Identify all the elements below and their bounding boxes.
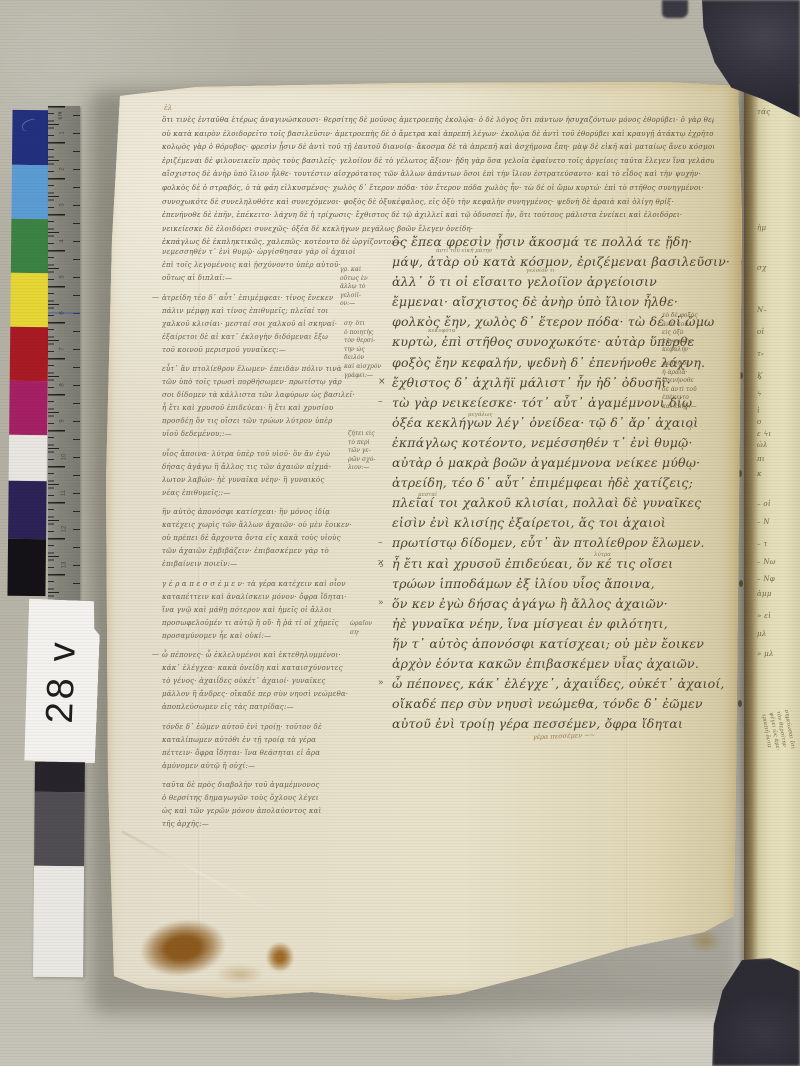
intercolumn-note: ση· ὅτιὁ ποιητὴςτὸν θερσί-την ὡςδειλὸνκα… [344,320,402,380]
scholia-line: ἀμύνομεν αὐτῷ ἢ οὐχί:— [162,760,408,773]
note-line: ρῶν σχό- [348,456,406,465]
top-scholia-block: ὅτι τινὲς ἐνταῦθα ἑτέρως ἀναγινώσκουσι· … [162,114,718,250]
verse-line: οἴκαδέ περ σὺν νηυσὶ νεώμεθα, τόνδε δ᾽ ἐ… [392,694,732,714]
facing-text-fragment: οἱ [757,328,765,336]
ruler-ticks-small [48,106,54,600]
scholia-line: σοι δίδομεν τὰ κάλλιστα τῶν λαφύρων ὡς β… [162,389,408,402]
facing-text-fragment: πι [757,455,765,463]
verse-margin-mark: × [378,377,386,387]
verse-line: ἀλλ᾽ ὅ τι οἱ εἴσαιτο γελοίϊον ἀργείοισιν [392,272,732,292]
scholia-line: γ έ ρ α π ε σ σ έ μ ε ν· τὰ γέρα κατέχει… [162,578,408,591]
scholia-line: οὐ πρέπει δὲ ἄρχοντα ὄντα εἰς κακὰ τοὺς … [162,532,408,545]
ruler-number: 9 [60,419,66,422]
color-patch-violet [8,481,47,539]
note-line: την ὡς [344,346,402,355]
verse-line: ἀρχὸν ἐόντα κακῶν ἐπιβασκέμεν υἷας ἀχαιῶ… [392,654,732,674]
facing-text-fragment: μλ [757,630,767,638]
parchment-crease [121,830,273,912]
grayscale-calibration-bar [33,762,85,977]
facing-text-fragment: κ [757,470,762,478]
scholia-line: ἣν αὐτὸς ἀπονόσφι κατίσχεαι· ἣν μόνος ἰδ… [162,506,408,519]
note-line: ἡ ἀραιά· [662,369,734,378]
paragraph-mark: — [152,650,159,658]
scholia-line: τῶν ἀχαιῶν ἐμβιβάζειν· ἐπιβασκέμεν γὰρ τ… [162,545,408,558]
scholia-paragraph: ταῦτα δὲ πρὸς διαβολὴν τοῦ ἀγαμέμνονοςὁ … [162,779,408,831]
verse-line: ἔμμεναι· αἴσχιστος δὲ ἀνὴρ ὑπὸ ἴλιον ἦλθ… [392,292,732,312]
facing-text-fragment: τάς [757,108,770,116]
ruler-number: 12 [61,526,67,533]
patch-scratch [20,118,37,132]
ruler-number: 11 [61,490,67,496]
color-patch-green [11,219,50,273]
verse-line: πλεῖαί τοι χαλκοῦ κλισίαι, πολλαὶ δὲ γυν… [392,493,732,513]
interlinear-gloss: γελοῖόν τι [526,268,555,274]
color-patch-dark-blue [12,110,51,165]
scholia-line: κατέχεις χωρὶς τῶν ἄλλων ἀχαιῶν· οὐ μὲν … [162,519,408,532]
note-line: λιον:— [348,464,406,473]
color-calibration-bar [7,110,50,596]
quire-mark: ἑλ [164,104,172,112]
scholia-line: ἐριζέμεναι δὲ φιλονεικεῖν πρὸς τοὺς βασι… [162,155,714,169]
facing-text-fragment: – Ν [757,518,770,526]
note-line: ψεδνὴ δὲ [662,360,734,369]
note-line: γρ. καὶ [340,266,398,275]
scholia-line: κάκ᾽ ἐλέγχεα· κακὰ ὀνείδη καὶ καταισχύνο… [162,662,408,675]
scholia-line: ὡς καὶ τῶν γερῶν μόνου ἀπολαύοντος καὶ [162,805,408,818]
scholia-paragraph: ἣν αὐτὸς ἀπονόσφι κατίσχεαι· ἣν μόνος ἰδ… [162,506,408,571]
scholia-paragraph: τόνδε δ᾽ ἐῶμεν αὐτοῦ ἐνὶ τροίῃ· τοῦτον δ… [162,721,408,773]
intercolumn-note: ζήτει εἰςτὸ περὶτῶν γε-ρῶν σχό-λιον:— [348,430,406,473]
note-line: κεφαλήν· [662,346,734,355]
scholia-line: καταλίπωμεν αὐτόθι ἐν τῇ τροίᾳ τὰ γέρα [162,734,408,747]
ruler-number: 7 [60,347,66,350]
ruler-number: 4 [60,239,66,242]
gray-patch-gray [34,792,85,866]
scholia-line: νεμεσσηθέν τ᾽ ἐνὶ θυμῷ· ὠργίσθησαν γὰρ ο… [162,246,408,259]
facing-text-fragment: – οἰ [757,500,771,508]
facing-text-fragment: ἰ [757,407,760,415]
facing-text-fragment: Ϗ [757,372,763,380]
note-line: δὲ ἀντὶ τοῦ [662,386,734,395]
note-line: ὁ ποιητὴς [344,329,402,338]
ruler-number: 1 [60,131,66,134]
note-line: καὶ αἰσχρὸν [344,363,402,372]
scholia-line: μᾶλλον ἢ ἄνδρες· οἴκαδέ περ σὺν νηυσὶ νε… [162,688,408,701]
scholia-line: ἐπιβαίνειν ποιεῖν:— [162,558,408,571]
color-patch-black [7,539,46,596]
verse-line: ἐκπάγλως κοτέοντο, νεμέσσηθέν τ᾽ ἐνὶ θυμ… [392,433,732,453]
parchment-stain [216,964,264,984]
color-patch-red [10,327,49,381]
note-line: καὶ ἐπῆν:— [662,403,734,412]
facing-text-fragment: » εἰ [757,612,771,620]
verse-line: τρώων ἱπποδάμων ἐξ ἰλίου υἷος ἄποινα, [392,574,732,594]
verse-line: πρωτίστῳ δίδομεν, εὖτ᾽ ἂν πτολίεθρον ἕλω… [392,533,732,553]
folio-label: 28 v [23,599,101,764]
verse-line: ἀτρείδη, τέο δ᾽ αὖτ᾽ ἐπιμέμφεαι ἠδὲ χατί… [392,473,732,493]
ruler-number: 8 [60,383,66,386]
ruler-unit-label: cm [57,111,63,120]
note-line: ὡραῖον [350,620,408,629]
facing-text-fragment: – Νω [757,558,776,566]
verse-margin-mark: » [378,598,384,608]
note-line: ον:— [340,300,398,309]
verse-line: μάψ, ἀτὰρ οὐ κατὰ κόσμον, ἐριζέμεναι βασ… [392,252,732,272]
ruler-number: 6 [60,311,66,314]
color-patch-light-blue [11,165,50,219]
ruler: cm 12345678910111213 [48,106,80,600]
ruler-number: 13 [61,562,67,569]
note-line: εἰς ὀξὺ [662,329,734,338]
note-line: γράφει:— [344,372,402,381]
scholia-line: αἴσχιστος δὲ ἀνὴρ ὑπὸ ἴλιον ἦλθε· τουτέσ… [162,168,714,182]
scholia-line: ἦ ἔτι καὶ χρυσοῦ ἐπιδεύεαι· ἢ ἔτι καὶ χρ… [162,402,408,415]
gutter-sewing-dot [739,580,743,587]
verse-line: ἥν τ᾽ αὐτὸς ἀπονόσφι κατίσχεαι; οὐ μὲν ἔ… [392,634,732,654]
facing-text-fragment: Ν– [757,306,767,314]
note-line: ἐπενήνοθε [662,377,734,386]
note-line: τῶν γε- [348,447,406,456]
color-patch-magenta [9,381,48,435]
facing-text-fragment: ἀμμ [757,590,772,598]
scholia-line: κολῳὸς γὰρ ὁ θόρυβος· φρεσὶν ᾗσιν δὲ ἀντ… [162,141,714,155]
scholia-line: ἐπενήνοθε δὲ ἐπῆν, ἐπέκειτο· λάχνη δὲ ἡ … [162,209,714,223]
verse-margin-mark: ϗ [378,558,384,568]
scholia-line: τῆς ἀρχῆς:— [162,818,408,831]
note-line: ἐπέκειτο [662,394,734,403]
ruler-number: 3 [60,203,66,206]
folio-number: 28 v [39,638,85,723]
interlinear-gloss: μεσταί [418,492,437,498]
right-margin-note: ψεδνὴ δὲἡ ἀραιά·ἐπενήνοθεδὲ ἀντὶ τοῦἐπέκ… [662,360,734,412]
facing-text-fragment: ὡλ [757,441,768,449]
scholia-line: οὐ κατὰ καιρὸν ἐλοιδορεῖτο τοῖς βασιλεῦσ… [162,128,714,142]
gutter-sewing-dot [738,700,742,707]
gray-patch-white [33,866,84,977]
facing-page-edge: τάςἡμσχΝ–οἱτ⸗Ϗϟἰοε ϟιὡλπικ– οἰ– Ν– τ– Νω… [744,84,800,985]
scholia-line: συνοχωκότε δὲ συνεληλυθότε καὶ συνεχόμεν… [162,196,714,210]
verse-line: ὅν κεν ἐγὼ δήσας ἀγάγω ἢ ἄλλος ἀχαιῶν· [392,594,732,614]
parchment-stain [266,942,294,972]
interlinear-gloss: κεκυφότα [428,328,455,334]
note-line: ἀντὶ τοῦ [662,321,734,330]
scholia-line: ἀποπλεύσωμεν εἰς τὰς πατρίδας:— [162,701,408,714]
interlinear-gloss: λύτρα [594,552,611,558]
facing-text-fragment: ο [757,418,762,426]
background-cloth-tab [662,0,688,18]
paragraph-mark: — [152,293,159,301]
note-line: ση· [350,629,408,638]
main-text-iliad: ὃς ἔπεα φρεσὶν ᾗσιν ἄκοσμά τε πολλά τε ᾔ… [392,232,732,734]
note-line: δειλὸν [344,354,402,363]
note-line: ζήτει εἰς [348,430,406,439]
interlinear-gloss: μεγάλως [468,412,493,418]
facing-text-fragment: – τ [757,540,768,548]
scholia-line: προσδέῃ ὅν τις οἴσει τῶν τρώων λύτρον ὑπ… [162,415,408,428]
verse-line: ὀξέα κεκλήγων λέγ᾽ ὀνείδεα· τῷ δ᾽ ἄρ᾽ ἀχ… [392,413,732,433]
color-patch-white [9,435,47,481]
ruler-number: 10 [61,454,67,461]
gray-patch-black [35,762,85,792]
note-line: τὸ δὲ φοξὸς [662,312,734,321]
ruler-number: 2 [60,167,66,170]
scholia-line: πέττειν· ὄφρα ἴδηται· ἵνα θεάσηται εἰ ἄρ… [162,747,408,760]
note-line: γελοίϊ- [340,292,398,301]
verse-margin-mark: » [378,678,384,688]
interlinear-gloss: ἀντὶ τοῦ εἰκῆ μάτην [436,248,492,254]
facing-text-fragment: ϟ [757,390,762,398]
photo-canvas: { "photo": { "shelfmark_label": "28 v", … [0,0,800,1066]
intercolumn-note: ὡραῖονση· [350,620,408,637]
manuscript-leaf-28v: ἑλ ὅτι τινὲς ἐνταῦθα ἑτέρως ἀναγινώσκουσ… [106,80,742,1004]
scholia-line: ὁ θερσίτης δημαγωγῶν τοὺς ὄχλους λέγει [162,792,408,805]
note-line: λῆγον τὴν [662,338,734,347]
scholia-line: φολκὸς δὲ ὁ στραβός, ὁ τὰ φάη εἱλκυσμένο… [162,182,714,196]
verse-line: αὐτὰρ ὁ μακρὰ βοῶν ἀγαμέμνονα νείκεε μύθ… [392,453,732,473]
note-line: ση· ὅτι [344,320,402,329]
facing-text-fragment: – Νφ [757,575,775,583]
facing-text-fragment: ἡμ [757,224,766,232]
scholia-line: ταῦτα δὲ πρὸς διαβολὴν τοῦ ἀγαμέμνονος [162,779,408,792]
verse-margin-mark: – [378,538,383,548]
scholia-line: τόνδε δ᾽ ἐῶμεν αὐτοῦ ἐνὶ τροίῃ· τοῦτον δ… [162,721,408,734]
scholia-line: καταπέττειν καὶ ἀναλίσκειν μόνον· ὄφρα ἴ… [162,591,408,604]
facing-text-fragment: τ⸗ [757,350,764,358]
ruler-ticks-right [73,115,80,609]
scholia-line: τὸ γένος· ἀχαιΐδες οὐκέτ᾽ ἀχαιοί· γυναῖκ… [162,675,408,688]
color-patch-yellow [10,273,49,327]
note-line: οὕτως ἐν [340,275,398,284]
scholia-line: ὦ πέπονες· ὦ ἐκλελυμένοι καὶ ἐκτεθηλυμμέ… [162,649,408,662]
intercolumn-note: γρ. καὶοὕτως ἐνἄλλῳ τὸγελοίϊ-ον:— [340,266,398,309]
note-line: τὸν θερσί- [344,337,402,346]
facing-text-fragment: σχ [757,264,767,272]
note-line: τὸ περὶ [348,439,406,448]
scholia-line: ὅτι τινὲς ἐνταῦθα ἑτέρως ἀναγινώσκουσι· … [162,114,714,128]
scholia-paragraph: —ὦ πέπονες· ὦ ἐκλελυμένοι καὶ ἐκτεθηλυμμ… [162,649,408,714]
ruler-number: 5 [60,275,66,278]
right-margin-sign: ·/· [688,425,694,432]
note-line: ἄλλῳ τὸ [340,283,398,292]
verse-line: ὦ πέπονες, κάκ᾽ ἐλέγχε᾽, ἀχαιΐδες, οὐκέτ… [392,674,732,694]
scholia-line: νέας ἐπιθυμεῖς;:— [162,487,408,500]
facing-text-fragment: ε ϟι [757,430,772,438]
right-margin-note: τὸ δὲ φοξὸςἀντὶ τοῦεἰς ὀξὺλῆγον τὴνκεφαλ… [662,312,734,355]
verse-line: ἠὲ γυναῖκα νέην, ἵνα μίσγεαι ἐν φιλότητι… [392,614,732,634]
facing-text-fragment: » μλ [757,650,774,658]
verse-line: ἦ ἔτι καὶ χρυσοῦ ἐπιδεύεαι, ὅν κέ τις οἴ… [392,554,732,574]
verse-line: εἰσὶν ἐνὶ κλισίῃς ἐξαίρετοι, ἅς τοι ἀχαι… [392,513,732,533]
verse-margin-mark: – [378,397,383,407]
scholia-line: λωτον λαβών· ἠὲ γυναῖκα νέην· ἢ γυναικὸς [162,474,408,487]
scholia-line: ἵνα γνῷ καὶ μάθῃ πότερον καὶ ἡμεῖς οἱ ἄλ… [162,604,408,617]
facing-page-rotated-note: σημείωσαι ὅτιτὸν θερσίτηνψέγει ὡς ἀμε-τρ… [759,709,800,842]
